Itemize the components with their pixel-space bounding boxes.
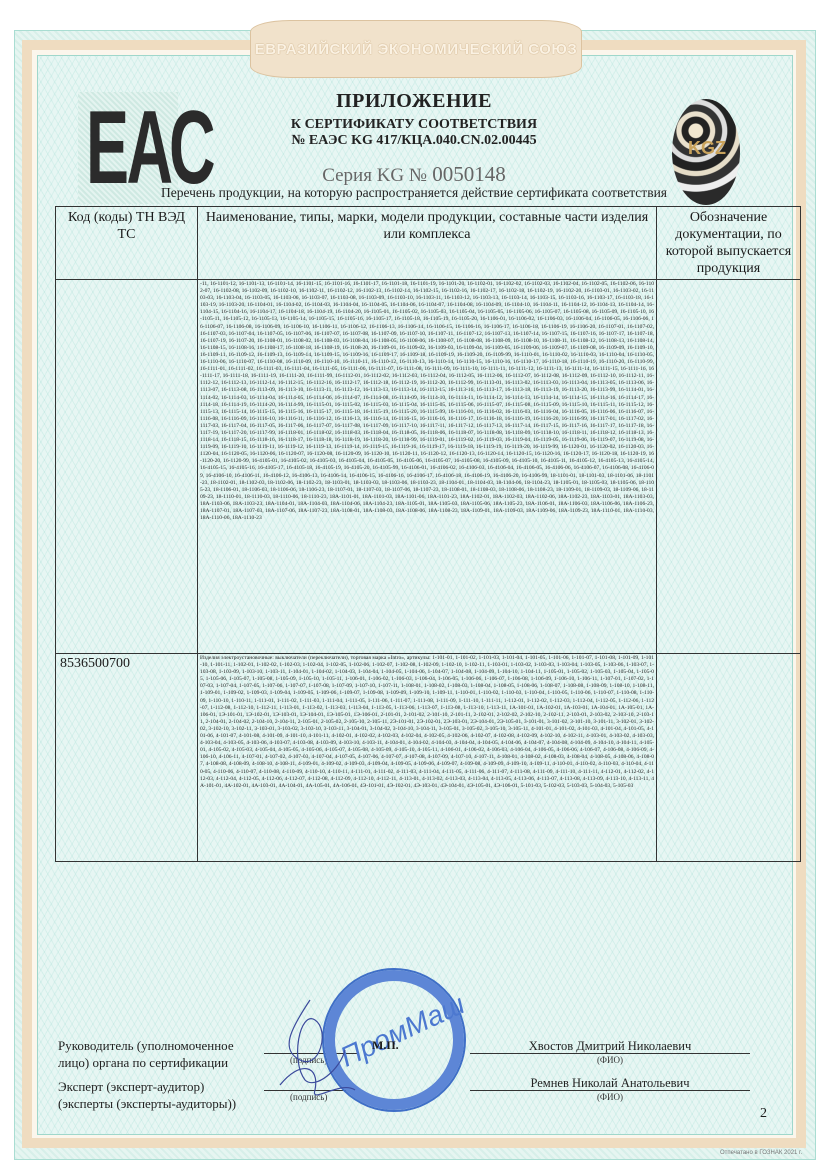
row-code xyxy=(56,280,198,654)
row-code: 8536500700 xyxy=(56,654,198,862)
series-number: Серия KG № 0050148 xyxy=(0,162,828,187)
column-header-documentation: Обозначение документации, по которой вып… xyxy=(657,207,801,280)
page-number: 2 xyxy=(760,1106,767,1122)
list-caption: Перечень продукции, на которую распростр… xyxy=(0,185,828,201)
products-table: Код (коды) ТН ВЭД ТС Наименование, типы,… xyxy=(55,206,801,862)
signature-icon xyxy=(270,990,360,1110)
union-banner: ЕВРАЗИЙСКИЙ ЭКОНОМИЧЕСКИЙ СОЮЗ xyxy=(250,20,582,78)
row-documentation xyxy=(657,654,801,862)
series-prefix: Серия KG № xyxy=(322,165,427,186)
footer-note: Отпечатано в ГОЗНАК 2021 г. xyxy=(720,1150,802,1156)
head-name: Хвостов Дмитрий Николаевич xyxy=(470,1039,750,1054)
table-row: -11, 16-1101-12, 16-1101-13, 16-1101-14,… xyxy=(56,280,801,654)
expert-name-caption: (ФИО) xyxy=(470,1092,750,1102)
row-documentation xyxy=(657,280,801,654)
expert-label: Эксперт (эксперт-аудитор) (эксперты (экс… xyxy=(58,1078,236,1112)
column-header-code: Код (коды) ТН ВЭД ТС xyxy=(56,207,198,280)
expert-label-line2: (эксперты (эксперты-аудиторы)) xyxy=(58,1095,236,1112)
table-row: 8536500700 Изделия электроустановочные: … xyxy=(56,654,801,862)
page-title: ПРИЛОЖЕНИЕ xyxy=(0,90,828,113)
series-value: 0050148 xyxy=(432,162,506,186)
certificate-number: № ЕАЭС KG 417/КЦА.040.CN.02.00445 xyxy=(0,133,828,149)
column-header-name: Наименование, типы, марки, модели продук… xyxy=(198,207,657,280)
stamp-mark-label: М.П. xyxy=(372,1038,399,1053)
head-label-line2: лицо) органа по сертификации xyxy=(58,1054,234,1071)
expert-label-line1: Эксперт (эксперт-аудитор) xyxy=(58,1078,236,1095)
table-header-row: Код (коды) ТН ВЭД ТС Наименование, типы,… xyxy=(56,207,801,280)
row-description: -11, 16-1101-12, 16-1101-13, 16-1101-14,… xyxy=(198,280,657,654)
head-label-line1: Руководитель (уполномоченное xyxy=(58,1037,234,1054)
row-description: Изделия электроустановочные: выключатели… xyxy=(198,654,657,862)
head-label: Руководитель (уполномоченное лицо) орган… xyxy=(58,1037,234,1071)
page-subtitle: К СЕРТИФИКАТУ СООТВЕТСТВИЯ xyxy=(0,117,828,133)
expert-name: Ремнев Николай Анатольевич xyxy=(470,1076,750,1091)
head-name-caption: (ФИО) xyxy=(470,1055,750,1065)
